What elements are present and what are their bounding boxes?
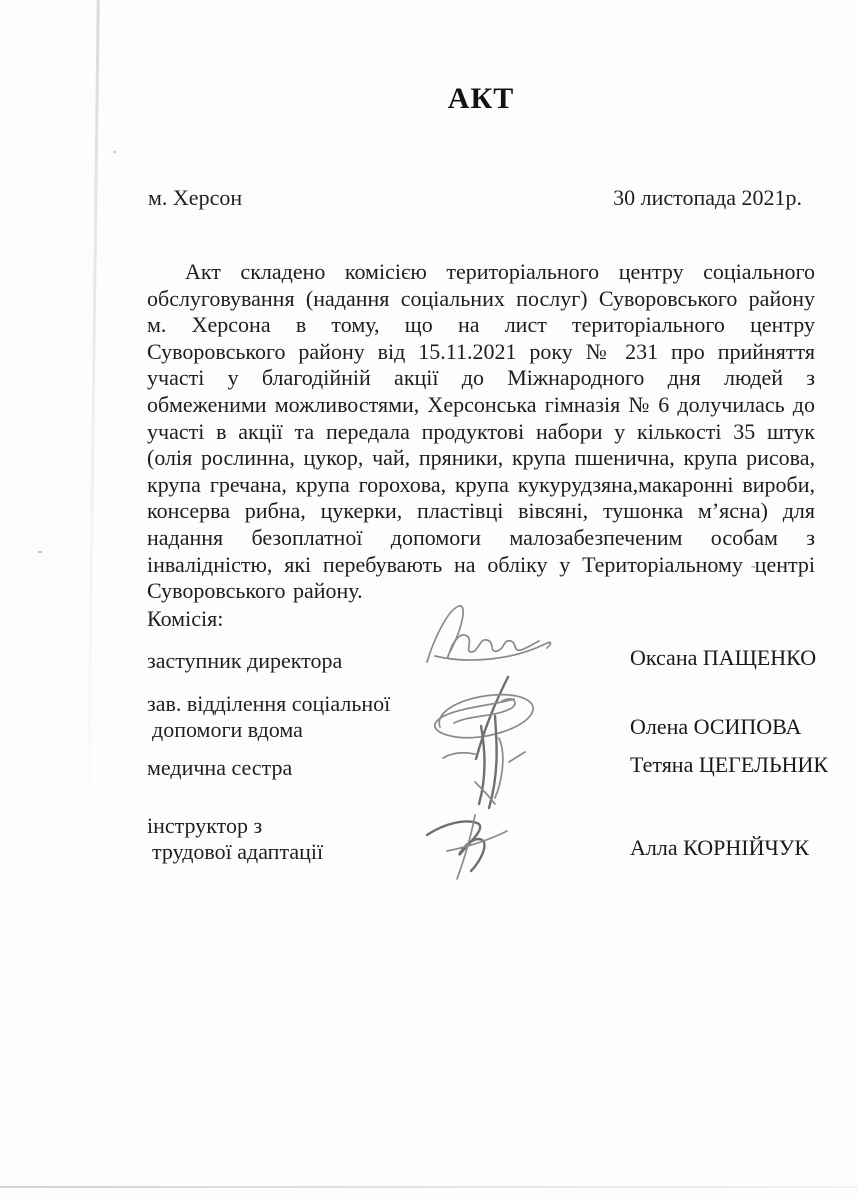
document-date: 30 листопада 2021р. bbox=[613, 185, 802, 211]
commission-role: інструктор зтрудової адаптації bbox=[147, 813, 323, 865]
commission-member-name: Олена ОСИПОВА bbox=[630, 714, 801, 740]
commission-heading: Комісія: bbox=[147, 606, 223, 632]
commission-member-name: Тетяна ЦЕГЕЛЬНИК bbox=[630, 752, 828, 778]
scan-speck bbox=[113, 151, 116, 153]
signature-osypova bbox=[410, 671, 555, 763]
document-place: м. Херсон bbox=[148, 185, 242, 211]
document-title: АКТ bbox=[147, 82, 815, 116]
scan-crease-artifact bbox=[87, 0, 100, 790]
scan-speck bbox=[38, 551, 42, 553]
commission-role: зав. відділення соціальноїдопомоги вдома bbox=[147, 691, 390, 743]
commission-role: заступник директора bbox=[147, 648, 342, 674]
signature-korniichuk bbox=[419, 809, 534, 887]
commission-member-name: Алла КОРНІЙЧУК bbox=[630, 835, 809, 861]
commission-member-name: Оксана ПАЩЕНКО bbox=[630, 645, 816, 671]
signature-pashchenko bbox=[413, 596, 563, 674]
scanned-document-page: АКТ м. Херсон 30 листопада 2021р. Акт ск… bbox=[0, 0, 858, 1200]
commission-role: медична сестра bbox=[147, 755, 292, 781]
scan-page-edge-line bbox=[0, 1186, 858, 1188]
signature-tsehelnyk bbox=[437, 712, 547, 812]
document-body-paragraph: Акт складено комісією територіального це… bbox=[147, 259, 815, 605]
